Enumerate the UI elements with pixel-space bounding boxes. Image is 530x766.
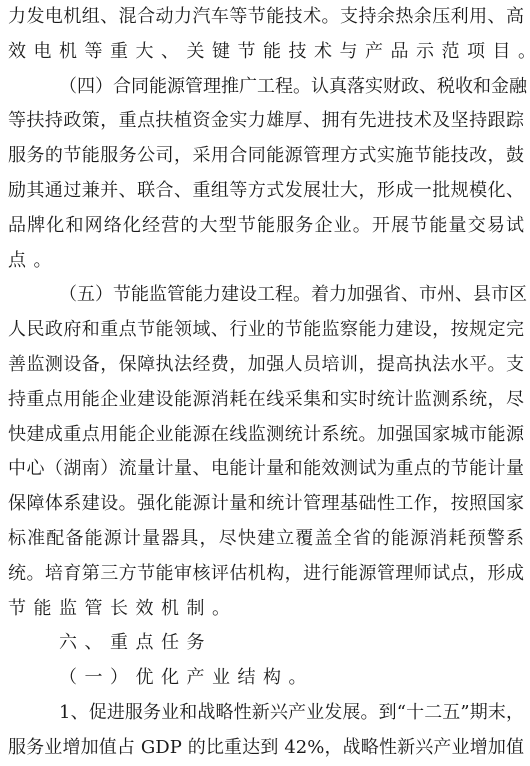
subsection-heading: （一）优化产业结构。 bbox=[8, 661, 524, 696]
text-line: 标准配备能源计量器具，尽快建立覆盖全省的能源消耗预警系 bbox=[8, 522, 524, 557]
text-line: 中心（湖南）流量计量、电能计量和能效测试为重点的节能计量 bbox=[8, 452, 524, 487]
section-heading-line: （五）节能监管能力建设工程。着力加强省、市州、县市区 bbox=[8, 278, 524, 313]
text-line: 善监测设备，保障执法经费，加强人员培训，提高执法水平。支 bbox=[8, 348, 524, 383]
text-line: 励其通过兼并、联合、重组等方式发展壮大，形成一批规模化、 bbox=[8, 174, 524, 209]
text-line: 点。 bbox=[8, 244, 524, 279]
text-line: 服务业增加值占 GDP 的比重达到 42%，战略性新兴产业增加值 bbox=[8, 731, 524, 766]
text-line: 保障体系建设。强化能源计量和统计管理基础性工作，按照国家 bbox=[8, 487, 524, 522]
chapter-heading: 六、重点任务 bbox=[8, 626, 524, 661]
document-page: 力发电机组、混合动力汽车等节能技术。支持余热余压利用、高 效电机等重大、关键节能… bbox=[8, 0, 524, 766]
text-line: 品牌化和网络化经营的大型节能服务企业。开展节能量交易试 bbox=[8, 209, 524, 244]
item-heading-line: 1、促进服务业和战略性新兴产业发展。到“十二五”期末， bbox=[8, 696, 524, 731]
text-line: 统。培育第三方节能审核评估机构，进行能源管理师试点，形成 bbox=[8, 557, 524, 592]
text-line: 力发电机组、混合动力汽车等节能技术。支持余热余压利用、高 bbox=[8, 0, 524, 35]
section-heading-line: （四）合同能源管理推广工程。认真落实财政、税收和金融 bbox=[8, 70, 524, 105]
text-line: 快建成重点用能企业能源在线监测统计系统。加强国家城市能源 bbox=[8, 418, 524, 453]
text-line: 节能监管长效机制。 bbox=[8, 592, 524, 627]
text-line: 服务的节能服务公司，采用合同能源管理方式实施节能技改，鼓 bbox=[8, 139, 524, 174]
text-line: 人民政府和重点节能领域、行业的节能监察能力建设，按规定完 bbox=[8, 313, 524, 348]
text-line: 持重点用能企业建设能源消耗在线采集和实时统计监测系统，尽 bbox=[8, 383, 524, 418]
text-line: 效电机等重大、关键节能技术与产品示范项目。 bbox=[8, 35, 524, 70]
text-line: 等扶持政策，重点扶植资金实力雄厚、拥有先进技术及坚持跟踪 bbox=[8, 104, 524, 139]
